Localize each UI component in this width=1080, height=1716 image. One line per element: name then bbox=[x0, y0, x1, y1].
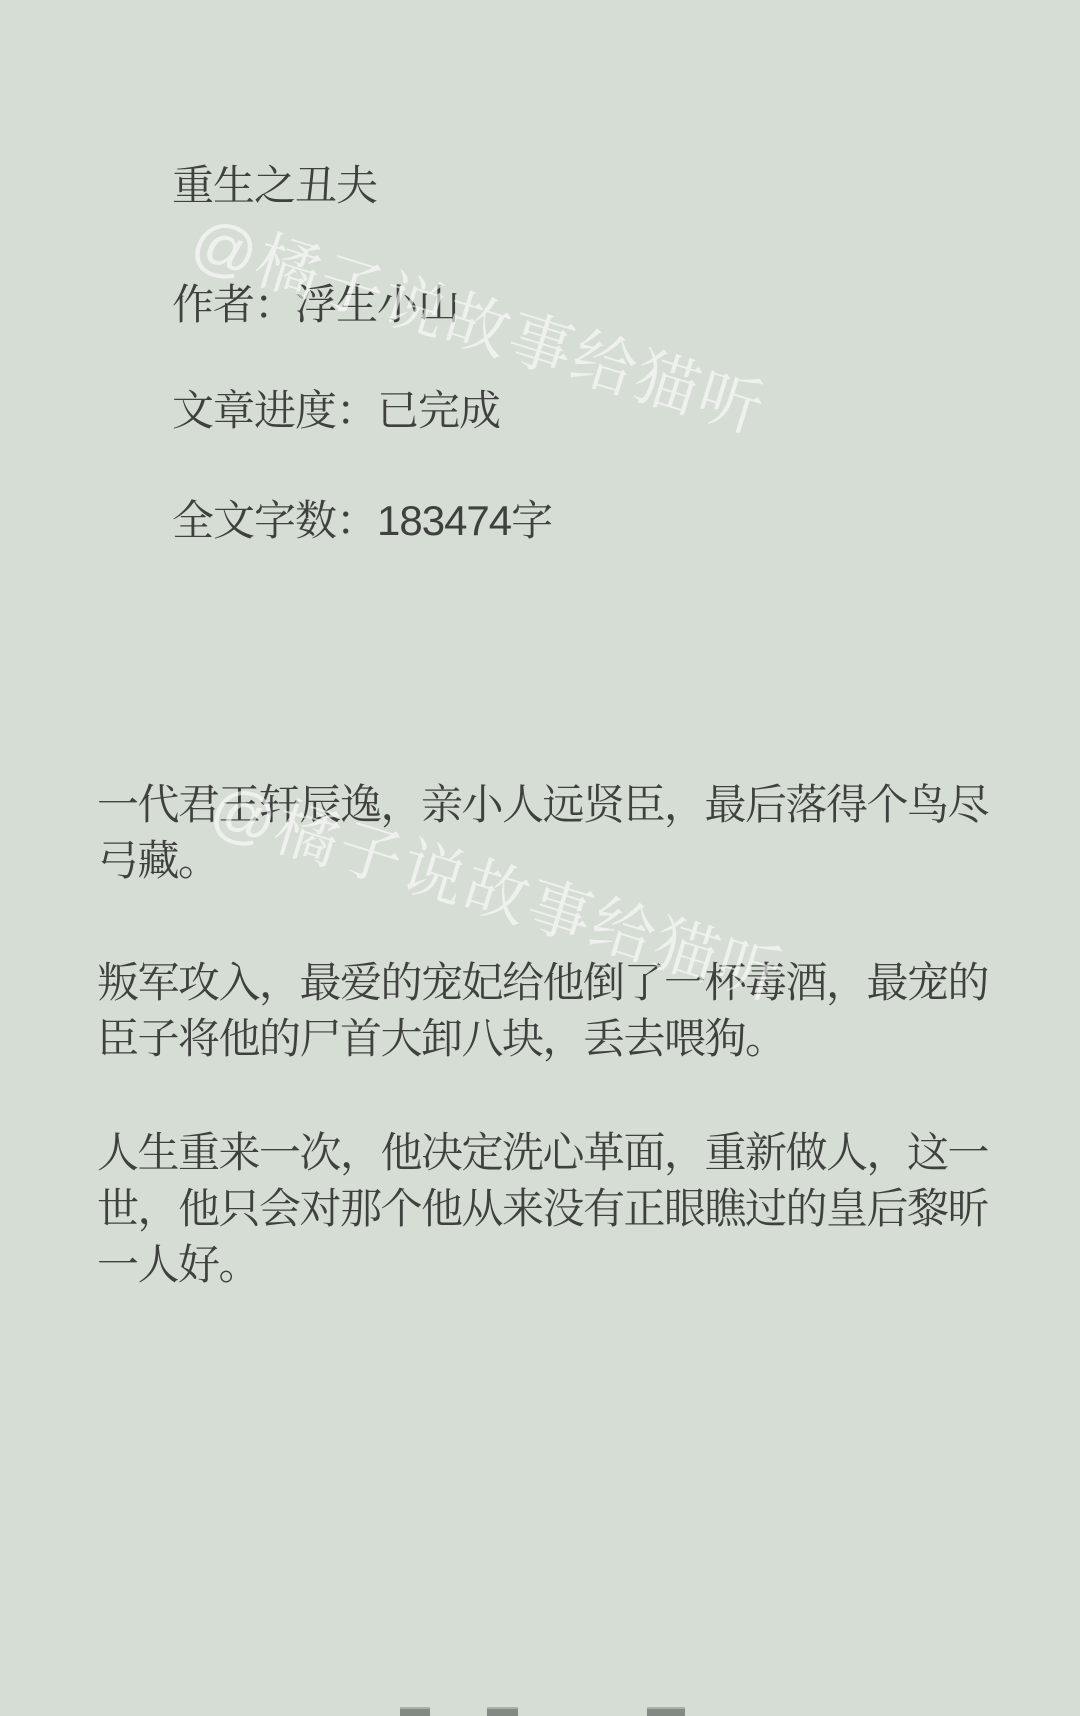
book-title: 重生之丑夫 bbox=[172, 158, 377, 214]
synopsis-paragraph-1: 一代君王轩辰逸，亲小人远贤臣，最后落得个鸟尽弓藏。 bbox=[97, 777, 1002, 889]
author-line: 作者：浮生小山 bbox=[172, 277, 459, 333]
progress-line: 文章进度：已完成 bbox=[172, 383, 500, 439]
wordcount-line: 全文字数：183474字 bbox=[172, 493, 552, 549]
synopsis-paragraph-3: 人生重来一次，他决定洗心革面，重新做人，这一世，他只会对那个他从来没有正眼瞧过的… bbox=[97, 1125, 1002, 1293]
novel-info-page[interactable]: 重生之丑夫 作者：浮生小山 文章进度：已完成 全文字数：183474字 一代君王… bbox=[0, 0, 1080, 1716]
cutoff-next-line-glyph-top bbox=[647, 1707, 685, 1716]
cutoff-next-line-glyph-top bbox=[400, 1707, 430, 1716]
cutoff-next-line-glyph-top bbox=[487, 1707, 518, 1716]
synopsis-paragraph-2: 叛军攻入，最爱的宠妃给他倒了一杯毒酒，最宠的臣子将他的尸首大卸八块，丢去喂狗。 bbox=[97, 955, 1002, 1067]
